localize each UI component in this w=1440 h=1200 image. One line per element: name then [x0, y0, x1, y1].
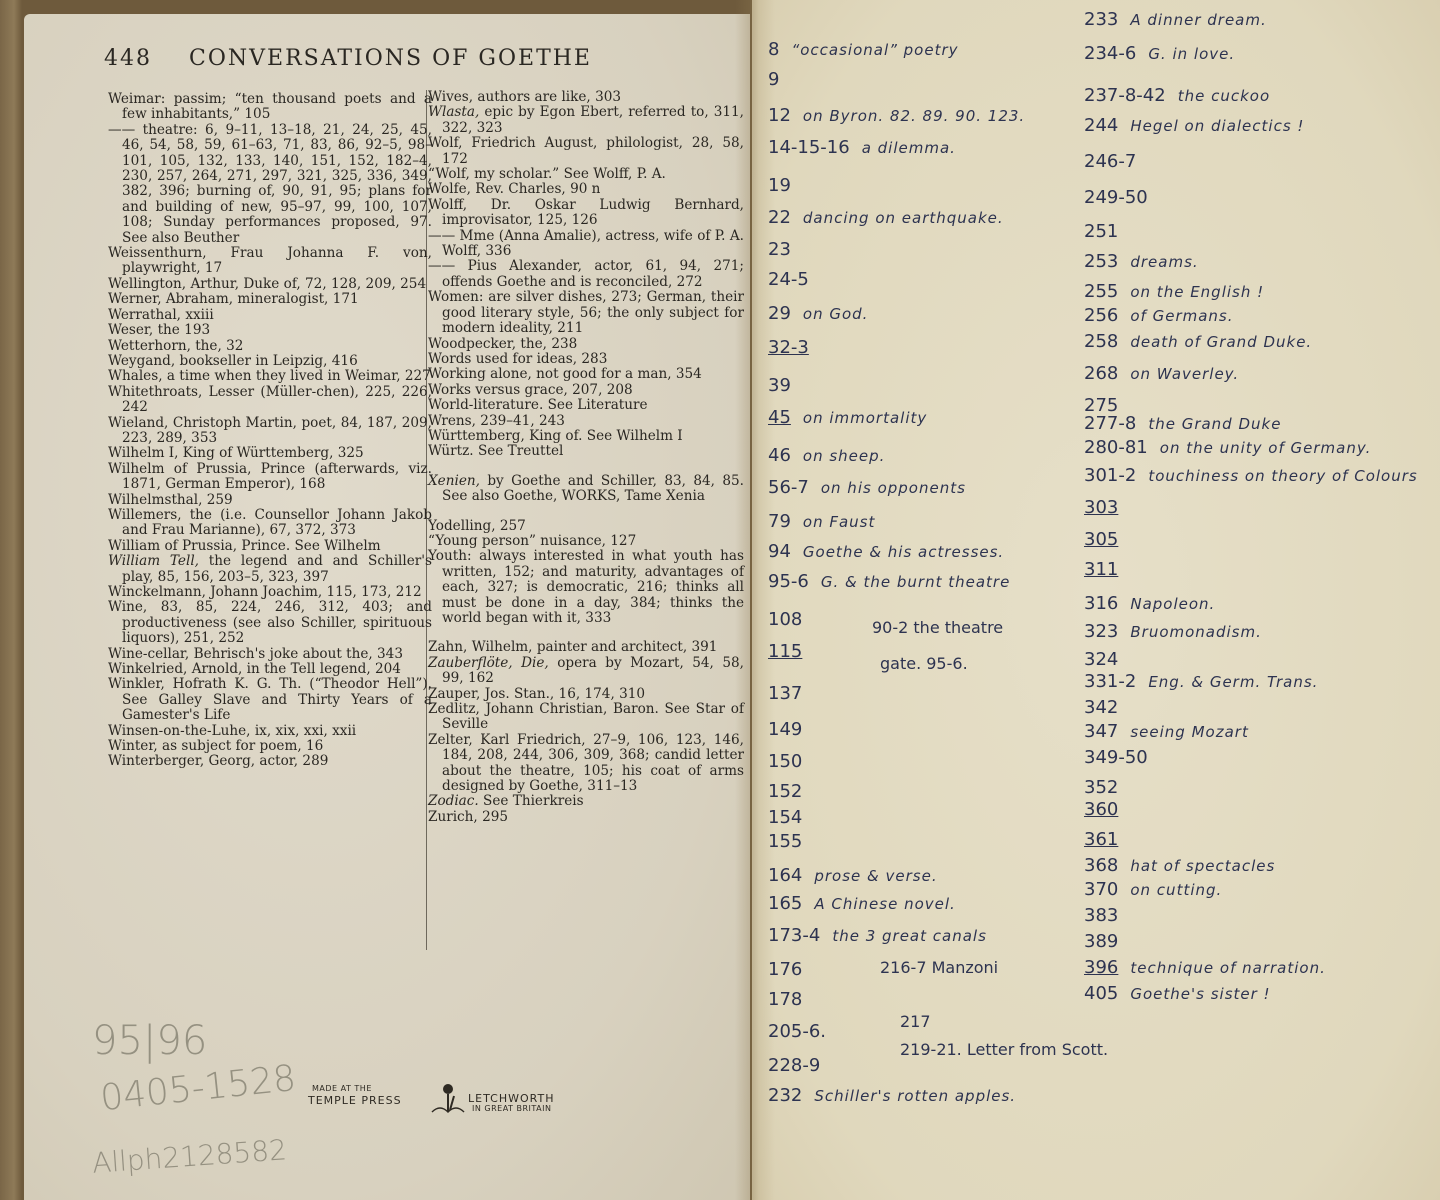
index-entry-locators: the, 238 [516, 336, 577, 352]
index-entry: Wilhelm I, King of Württemberg, 325 [108, 446, 432, 461]
index-entry-heading: Weser, [108, 322, 153, 338]
index-entry-locators: bookseller in Leipzig, 416 [175, 353, 358, 369]
index-entry: Zauberflöte, Die, opera by Mozart, 54, 5… [428, 656, 744, 687]
note-text: touchiness on theory of Colours [1148, 467, 1417, 485]
index-entry-locators: xxiii [181, 307, 214, 323]
index-entry-heading: “Young [428, 533, 478, 549]
index-entry: Whitethroats, Lesser (Müller-chen), 225,… [108, 385, 432, 416]
handwritten-note: 56-7on his opponents [768, 478, 966, 498]
handwritten-note: 389 [1084, 932, 1130, 952]
handwritten-note: 323Bruomonadism. [1084, 622, 1262, 642]
index-entry: Wolff, Dr. Oskar Ludwig Bernhard, improv… [428, 198, 744, 229]
index-entry-heading: Wives, [428, 89, 473, 105]
index-entry: “Young person” nuisance, 127 [428, 534, 744, 549]
handwritten-note: 173-4the 3 great canals [768, 926, 987, 946]
index-entry: Weissenthurn, Frau Johanna F. von, playw… [108, 246, 432, 277]
note-page-ref: 228-9 [768, 1056, 820, 1076]
index-entry-locators: Karl Friedrich, 27–9, 106, 123, 146, 184… [442, 732, 744, 794]
note-text: seeing Mozart [1130, 723, 1248, 741]
index-entry: Weygand, bookseller in Leipzig, 416 [108, 354, 432, 369]
note-text: on the English ! [1130, 283, 1264, 301]
note-page-ref: 152 [768, 782, 802, 802]
index-entry-heading: Wrens, [428, 413, 476, 429]
note-page-ref: 277-8 [1084, 414, 1136, 434]
index-entry-heading: Words [428, 351, 471, 367]
index-entry-locators: Pius Alexander, actor, 61, 94, 271; offe… [442, 258, 744, 289]
note-text: A Chinese novel. [814, 895, 955, 913]
note-page-ref: 14-15-16 [768, 138, 850, 158]
index-entry-heading: Winkelried, [108, 661, 187, 677]
index-entry: Yodelling, 257 [428, 519, 744, 534]
index-entry-heading: Württemberg, [428, 428, 525, 444]
handwritten-floating-note: gate. 95-6. [880, 654, 968, 674]
index-entry: Zedlitz, Johann Christian, Baron. See St… [428, 702, 744, 733]
note-page-ref: 115 [768, 642, 802, 662]
index-entry-locators: Abraham, mineralogist, 171 [162, 291, 359, 307]
note-text: Hegel on dialectics ! [1130, 117, 1304, 135]
note-page-ref: 352 [1084, 778, 1118, 798]
note-page-ref: 389 [1084, 932, 1118, 952]
handwritten-note: 303 [1084, 498, 1130, 518]
handwritten-note: 311 [1084, 560, 1130, 580]
index-entry-heading: Winter, [108, 738, 158, 754]
note-page-ref: 8 [768, 40, 779, 60]
index-entry-heading: Works [428, 382, 471, 398]
handwritten-note: 39 [768, 376, 803, 396]
index-entry-heading: Whitethroats, [108, 384, 202, 400]
handwritten-note: 9 [768, 70, 791, 90]
note-page-ref: 19 [768, 176, 791, 196]
index-entry: —— theatre: 6, 9–11, 13–18, 21, 24, 25, … [108, 123, 432, 246]
index-entry-heading: Yodelling, [428, 518, 496, 534]
handwritten-note: 165A Chinese novel. [768, 894, 956, 914]
index-entry-heading: Wolff, [428, 197, 467, 213]
handwritten-note: 347seeing Mozart [1084, 722, 1249, 742]
index-entry-locators: person” nuisance, 127 [478, 533, 637, 549]
handwritten-note: 45on immortality [768, 408, 927, 428]
index-entry-heading: Zedlitz, [428, 701, 480, 717]
note-page-ref: 32-3 [768, 338, 809, 358]
printer-imprint: MADE AT THE TEMPLE PRESS LETCHWORTH IN G… [308, 1082, 608, 1122]
note-text: on Waverley. [1130, 365, 1239, 383]
note-text: the 3 great canals [832, 927, 987, 945]
index-entry-locators: ix, xix, xxi, xxii [251, 723, 357, 739]
handwritten-note: 178 [768, 990, 814, 1010]
note-page-ref: 349-50 [1084, 748, 1148, 768]
flower-icon [428, 1082, 468, 1118]
index-entry-heading: Winckelmann, [108, 584, 206, 600]
handwritten-note: 205-6. [768, 1022, 838, 1042]
index-entry: Youth: always interested in what youth h… [428, 549, 744, 626]
index-entry-locators: the, 32 [191, 338, 244, 354]
index-entry-heading: Wolfe, [428, 181, 471, 197]
running-head: 448 CONVERSATIONS OF GOETHE [104, 46, 592, 71]
index-entry-locators: Christoph Martin, poet, 84, 187, 209, 22… [122, 415, 432, 446]
note-page-ref: 301-2 [1084, 466, 1136, 486]
index-entry-heading: Woodpecker, [428, 336, 516, 352]
index-entry-heading: Wlasta, [428, 104, 479, 120]
index-entry: Xenien, by Goethe and Schiller, 83, 84, … [428, 474, 744, 505]
index-entry: Wolfe, Rev. Charles, 90 n [428, 182, 744, 197]
note-page-ref: 149 [768, 720, 802, 740]
note-text: on the unity of Germany. [1160, 439, 1372, 457]
index-entry-locators: passim; “ten thousand poets and a few in… [122, 91, 432, 122]
handwritten-floating-note: 216-7 Manzoni [880, 958, 998, 978]
handwritten-note: 14-15-16a dilemma. [768, 138, 956, 158]
index-entry-heading: Weimar: [108, 91, 165, 107]
index-entry-heading: Zelter, [428, 732, 473, 748]
index-entry-locators: King of Württemberg, 325 [178, 445, 363, 461]
index-entry: Zahn, Wilhelm, painter and architect, 39… [428, 640, 744, 655]
index-entry-locators: as subject for poem, 16 [158, 738, 324, 754]
handwritten-note: 115 [768, 642, 814, 662]
index-entry-heading: Wine-cellar, [108, 646, 189, 662]
handwritten-note: 368hat of spectacles [1084, 856, 1275, 876]
index-entry: Zodiac. See Thierkreis [428, 794, 744, 809]
note-text: on immortality [803, 409, 927, 427]
handwritten-note: 383 [1084, 906, 1130, 926]
index-entry-locators: Behrisch's joke about the, 343 [189, 646, 403, 662]
index-entry: Wine, 83, 85, 224, 246, 312, 403; and pr… [108, 600, 432, 646]
note-text: Napoleon. [1130, 595, 1215, 613]
index-entry-heading: Wieland, [108, 415, 168, 431]
note-page-ref: 396 [1084, 958, 1118, 978]
index-entry: Wlasta, epic by Egon Ebert, referred to,… [428, 105, 744, 136]
index-entry-locators: of Prussia, Prince. See Wilhelm [160, 538, 381, 554]
handwritten-note: 255on the English ! [1084, 282, 1264, 302]
index-entry-heading: Zauper, [428, 686, 480, 702]
note-page-ref: 39 [768, 376, 791, 396]
index-entry-heading: Weissenthurn, [108, 245, 207, 261]
index-entry-locators: Mme (Anna Amalie), actress, wife of P. A… [442, 228, 744, 259]
index-entry: Working alone, not good for a man, 354 [428, 367, 744, 382]
index-entry-locators: Hofrath K. G. Th. (“Theodor Hell”). See … [122, 676, 432, 723]
handwritten-note: 149 [768, 720, 814, 740]
note-text: Goethe's sister ! [1130, 985, 1270, 1003]
index-entry-heading: Women: [428, 289, 484, 305]
index-entry: Woodpecker, the, 238 [428, 337, 744, 352]
index-entry-locators: Johann Christian, Baron. See Star of Sev… [442, 701, 744, 732]
index-entry-locators: See Treuttel [474, 443, 564, 459]
index-entry-heading: Wine, [108, 599, 147, 615]
index-column-right: Wives, authors are like, 303Wlasta, epic… [428, 90, 744, 825]
note-text: Goethe & his actresses. [803, 543, 1004, 561]
imprint-line-1: MADE AT THE [312, 1084, 372, 1093]
note-page-ref: 246-7 [1084, 152, 1136, 172]
imprint-line-2: TEMPLE PRESS [308, 1094, 402, 1107]
note-page-ref: 23 [768, 240, 791, 260]
index-entry: Wolf, Friedrich August, philologist, 28,… [428, 136, 744, 167]
note-text: A dinner dream. [1130, 11, 1266, 29]
handwritten-note: 79on Faust [768, 512, 875, 532]
index-entry-locators: used for ideas, 283 [471, 351, 607, 367]
index-entry: Winkler, Hofrath K. G. Th. (“Theodor Hel… [108, 677, 432, 723]
handwritten-note: 246-7 [1084, 152, 1148, 172]
index-entry: William Tell, the legend and and Schille… [108, 554, 432, 585]
handwritten-note: 251 [1084, 222, 1130, 242]
handwritten-note: 280-81on the unity of Germany. [1084, 438, 1371, 458]
handwritten-note: 360 [1084, 800, 1130, 820]
handwritten-note: 12on Byron. 82. 89. 90. 123. [768, 106, 1025, 126]
index-entry-locators: Wilhelm, painter and architect, 391 [467, 639, 717, 655]
index-entry-locators: versus grace, 207, 208 [471, 382, 633, 398]
note-text: technique of narration. [1130, 959, 1326, 977]
note-page-ref: 154 [768, 808, 802, 828]
index-entry: Wilhelmsthal, 259 [108, 493, 432, 508]
note-page-ref: 173-4 [768, 926, 820, 946]
index-entry-locators: 295 [478, 809, 508, 825]
handwritten-note: 349-50 [1084, 748, 1160, 768]
index-entry: —— Mme (Anna Amalie), actress, wife of P… [428, 229, 744, 260]
index-entry-locators: Georg, actor, 289 [204, 753, 328, 769]
index-entry-heading: Zahn, [428, 639, 467, 655]
index-entry-locators: Johann Joachim, 115, 173, 212 [206, 584, 422, 600]
index-entry-locators: a time when they lived in Weimar, 227 [163, 368, 431, 384]
note-page-ref: 324 [1084, 650, 1118, 670]
handwritten-note: 228-9 [768, 1056, 832, 1076]
index-entry-heading: William Tell, [108, 553, 199, 569]
note-page-ref: 137 [768, 684, 802, 704]
note-page-ref: 331-2 [1084, 672, 1136, 692]
page-number: 448 [104, 46, 152, 71]
index-entry-heading: Würtz. [428, 443, 474, 459]
note-page-ref: 360 [1084, 800, 1118, 820]
note-page-ref: 29 [768, 304, 791, 324]
handwritten-note: 253dreams. [1084, 252, 1199, 272]
index-entry: Winckelmann, Johann Joachim, 115, 173, 2… [108, 585, 432, 600]
handwritten-note: 352 [1084, 778, 1130, 798]
note-page-ref: 164 [768, 866, 802, 886]
index-entry: Weimar: passim; “ten thousand poets and … [108, 92, 432, 123]
index-entry-heading: World-literature. [428, 397, 543, 413]
index-entry-locators: 257 [496, 518, 526, 534]
index-entry-heading: Wolf, [428, 135, 462, 151]
handwritten-note: 152 [768, 782, 814, 802]
handwritten-note: 370on cutting. [1084, 880, 1222, 900]
note-page-ref: 79 [768, 512, 791, 532]
handwritten-note: 268on Waverley. [1084, 364, 1239, 384]
index-entry: Wieland, Christoph Martin, poet, 84, 187… [108, 416, 432, 447]
note-text: prose & verse. [814, 867, 937, 885]
index-entry-locators: always interested in what youth has writ… [442, 548, 744, 626]
note-page-ref: 383 [1084, 906, 1118, 926]
handwritten-note: 305 [1084, 530, 1130, 550]
handwritten-floating-note: 219-21. Letter from Scott. [900, 1040, 1108, 1060]
index-entry: Whales, a time when they lived in Weimar… [108, 369, 432, 384]
index-entry: Winterberger, Georg, actor, 289 [108, 754, 432, 769]
index-entry-locators: See Thierkreis [479, 793, 584, 809]
index-entry-locators: Dr. Oskar Ludwig Bernhard, improvisator,… [442, 197, 744, 228]
imprint-line-4: IN GREAT BRITAIN [472, 1104, 551, 1113]
index-entry: Zelter, Karl Friedrich, 27–9, 106, 123, … [428, 733, 744, 795]
handwritten-note: 316Napoleon. [1084, 594, 1215, 614]
index-entry-locators: by Goethe and Schiller, 83, 84, 85. See … [442, 473, 744, 504]
index-entry-locators: epic by Egon Ebert, referred to, 311, 32… [442, 104, 744, 135]
index-entry-heading: Weygand, [108, 353, 175, 369]
handwritten-note: 22dancing on earthquake. [768, 208, 1004, 228]
note-page-ref: 311 [1084, 560, 1118, 580]
note-text: on sheep. [803, 447, 886, 465]
index-entry: Zurich, 295 [428, 810, 744, 825]
note-page-ref: 256 [1084, 306, 1118, 326]
handwritten-note: 155 [768, 832, 814, 852]
handwritten-note: 256of Germans. [1084, 306, 1234, 326]
handwritten-note: 164prose & verse. [768, 866, 938, 886]
index-entry-locators: See Literature [543, 397, 647, 413]
handwritten-note: 277-8the Grand Duke [1084, 414, 1281, 434]
index-entry-locators: 239–41, 243 [476, 413, 565, 429]
index-entry: Women: are silver dishes, 273; German, t… [428, 290, 744, 336]
note-page-ref: 178 [768, 990, 802, 1010]
note-page-ref: 234-6 [1084, 44, 1136, 64]
note-page-ref: 205-6. [768, 1022, 826, 1042]
note-text: G. & the burnt theatre [821, 573, 1010, 591]
index-entry-heading: Winterberger, [108, 753, 204, 769]
index-entry-locators: theatre: 6, 9–11, 13–18, 21, 24, 25, 45,… [122, 122, 432, 246]
index-entry-locators: Arthur, Duke of, 72, 128, 209, 254 [186, 276, 426, 292]
index-entry: Wetterhorn, the, 32 [108, 339, 432, 354]
note-page-ref: 370 [1084, 880, 1118, 900]
index-entry-locators: my scholar.” See Wolff, P. A. [470, 166, 666, 182]
note-page-ref: 108 [768, 610, 802, 630]
index-entry: Wilhelm of Prussia, Prince (afterwards, … [108, 462, 432, 493]
note-page-ref: 176 [768, 960, 802, 980]
index-entry: Works versus grace, 207, 208 [428, 383, 744, 398]
pencil-mark-shelf: 95|96 [92, 1018, 207, 1064]
index-entry: Wine-cellar, Behrisch's joke about the, … [108, 647, 432, 662]
note-page-ref: 361 [1084, 830, 1118, 850]
index-entry-heading: Wetterhorn, [108, 338, 191, 354]
index-entry-heading: William [108, 538, 160, 554]
index-entry-heading: —— [428, 258, 455, 274]
note-page-ref: 233 [1084, 10, 1118, 30]
handwritten-note: 396technique of narration. [1084, 958, 1326, 978]
index-entry-locators: of Prussia, Prince (afterwards, viz. 187… [122, 461, 432, 492]
index-entry-heading: Wilhelm I, [108, 445, 178, 461]
note-page-ref: 249-50 [1084, 188, 1148, 208]
index-entry-heading: Werrathal, [108, 307, 181, 323]
note-page-ref: 323 [1084, 622, 1118, 642]
note-page-ref: 342 [1084, 698, 1118, 718]
index-entry-heading: Zurich, [428, 809, 478, 825]
handwritten-floating-note: 90-2 the theatre [872, 618, 1003, 638]
handwritten-note: 8“occasional” poetry [768, 40, 959, 60]
note-page-ref: 268 [1084, 364, 1118, 384]
index-entry: Winter, as subject for poem, 16 [108, 739, 432, 754]
index-entry: Wives, authors are like, 303 [428, 90, 744, 105]
index-entry: Zauper, Jos. Stan., 16, 174, 310 [428, 687, 744, 702]
note-text: of Germans. [1130, 307, 1233, 325]
handwritten-note: 237-8-42the cuckoo [1084, 86, 1270, 106]
note-text: on God. [803, 305, 869, 323]
handwritten-note: 249-50 [1084, 188, 1160, 208]
index-entry: Württemberg, King of. See Wilhelm I [428, 429, 744, 444]
handwritten-note: 331-2Eng. & Germ. Trans. [1084, 672, 1318, 692]
note-page-ref: 46 [768, 446, 791, 466]
note-text: Bruomonadism. [1130, 623, 1262, 641]
note-text: hat of spectacles [1130, 857, 1275, 875]
note-text: the Grand Duke [1148, 415, 1281, 433]
note-page-ref: 405 [1084, 984, 1118, 1004]
note-page-ref: 368 [1084, 856, 1118, 876]
index-entry-heading: —— [108, 122, 135, 138]
index-entry: Werrathal, xxiii [108, 308, 432, 323]
index-entry-heading: Whales, [108, 368, 163, 384]
note-text: Schiller's rotten apples. [814, 1087, 1016, 1105]
handwritten-note: 150 [768, 752, 814, 772]
index-entry-heading: Winkler, [108, 676, 165, 692]
index-entry-heading: Youth: [428, 548, 472, 564]
handwritten-note: 19 [768, 176, 803, 196]
note-page-ref: 94 [768, 542, 791, 562]
note-page-ref: 251 [1084, 222, 1118, 242]
index-entry: Winkelried, Arnold, in the Tell legend, … [108, 662, 432, 677]
note-page-ref: 24-5 [768, 270, 809, 290]
note-page-ref: 244 [1084, 116, 1118, 136]
note-text: dancing on earthquake. [803, 209, 1004, 227]
handwritten-note: 94Goethe & his actresses. [768, 542, 1004, 562]
index-entry-heading: “Wolf, [428, 166, 470, 182]
handwritten-note: 154 [768, 808, 814, 828]
index-entry: Würtz. See Treuttel [428, 444, 744, 459]
note-text: dreams. [1130, 253, 1198, 271]
note-page-ref: 9 [768, 70, 779, 90]
index-entry-heading: Werner, [108, 291, 162, 307]
note-page-ref: 56-7 [768, 478, 809, 498]
handwritten-note: 95-6G. & the burnt theatre [768, 572, 1010, 592]
index-entry: Wrens, 239–41, 243 [428, 414, 744, 429]
index-entry: World-literature. See Literature [428, 398, 744, 413]
index-entry-heading: Zodiac. [428, 793, 479, 809]
note-text: G. in love. [1148, 45, 1235, 63]
index-entry-heading: Willemers, [108, 507, 182, 523]
index-entry: —— Pius Alexander, actor, 61, 94, 271; o… [428, 259, 744, 290]
index-entry-heading: Wilhelmsthal, [108, 492, 202, 508]
index-entry-locators: Arnold, in the Tell legend, 204 [187, 661, 401, 677]
index-entry: William of Prussia, Prince. See Wilhelm [108, 539, 432, 554]
index-entry-heading: Xenien, [428, 473, 480, 489]
index-entry-locators: King of. See Wilhelm I [525, 428, 683, 444]
note-page-ref: 347 [1084, 722, 1118, 742]
note-page-ref: 255 [1084, 282, 1118, 302]
index-entry: Winsen-on-the-Luhe, ix, xix, xxi, xxii [108, 724, 432, 739]
index-entry-heading: Wilhelm [108, 461, 164, 477]
note-text: “occasional” poetry [791, 41, 958, 59]
handwritten-note: 176 [768, 960, 814, 980]
handwritten-note: 258death of Grand Duke. [1084, 332, 1312, 352]
note-text: on Byron. 82. 89. 90. 123. [803, 107, 1025, 125]
index-entry-locators: alone, not good for a man, 354 [486, 366, 702, 382]
note-text: on his opponents [821, 479, 966, 497]
note-page-ref: 155 [768, 832, 802, 852]
handwritten-floating-note: 217 [900, 1012, 931, 1032]
index-entry: Words used for ideas, 283 [428, 352, 744, 367]
handwritten-note: 301-2touchiness on theory of Colours [1084, 466, 1418, 486]
note-text: on Faust [803, 513, 875, 531]
handwritten-note: 342 [1084, 698, 1130, 718]
index-entry-locators: Jos. Stan., 16, 174, 310 [480, 686, 645, 702]
handwritten-note: 108 [768, 610, 814, 630]
note-page-ref: 258 [1084, 332, 1118, 352]
note-text: on cutting. [1130, 881, 1222, 899]
index-entry-locators: Rev. Charles, 90 n [471, 181, 600, 197]
handwritten-note: 46on sheep. [768, 446, 885, 466]
index-entry-locators: are silver dishes, 273; German, their go… [442, 289, 744, 336]
handwritten-note: 324 [1084, 650, 1130, 670]
index-entry-heading: Zauberflöte, Die, [428, 655, 549, 671]
note-page-ref: 95-6 [768, 572, 809, 592]
handwritten-note: 405Goethe's sister ! [1084, 984, 1271, 1004]
